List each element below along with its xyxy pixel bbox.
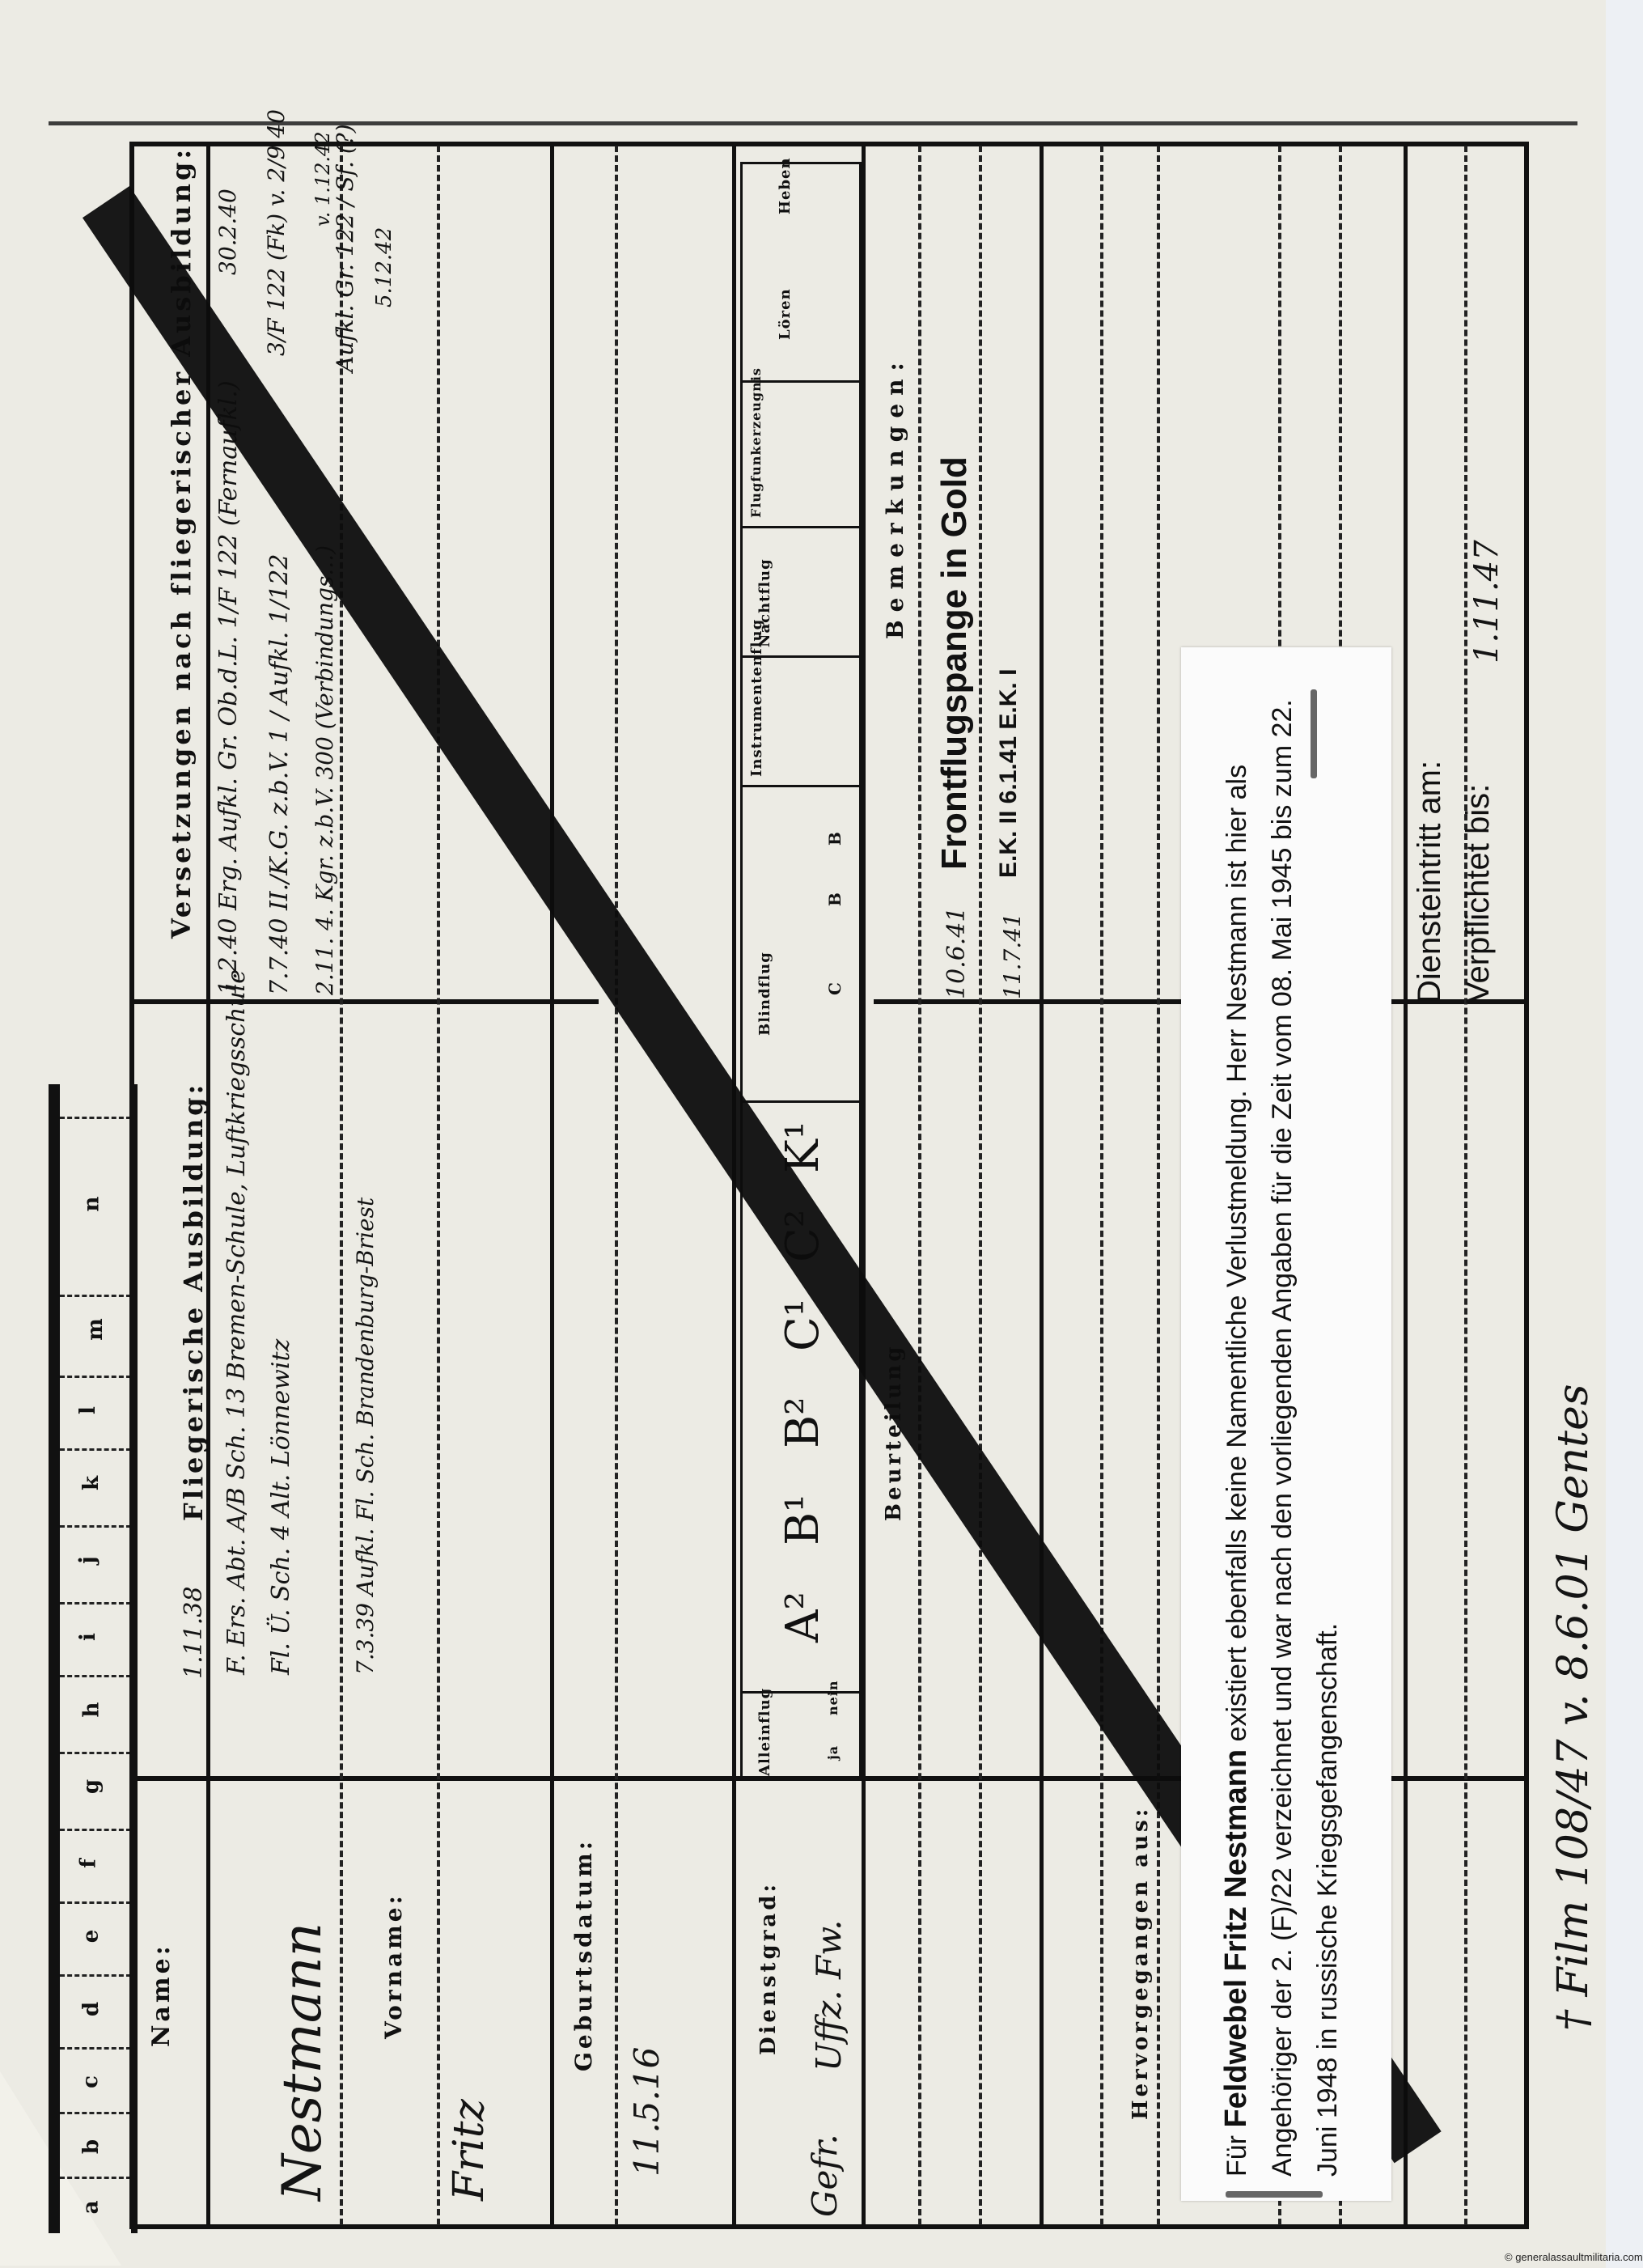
versetzungen-line: 3/F 122 (Fk) v. 2/9 40 <box>263 109 290 356</box>
tab-j: j <box>60 1525 131 1602</box>
rule <box>740 785 862 787</box>
tab-h: h <box>60 1675 131 1752</box>
watermark: © generalassaultmilitaria.com <box>1505 2251 1643 2263</box>
tab-k: k <box>60 1448 131 1525</box>
margin-note: † Film 108/47 v. 8.6.01 Gentes <box>1549 1384 1598 2031</box>
license-b2: B² <box>777 1397 829 1448</box>
tab-n: n <box>60 1117 131 1295</box>
header-nachtflug: Nachtflug <box>756 558 773 647</box>
dienstgrad-label: Dienstgrad: <box>756 1881 781 2055</box>
rule-dashed <box>1100 146 1103 2225</box>
staple-icon <box>1226 2191 1323 2198</box>
nein-label: nein <box>825 1680 841 1715</box>
verpflichtet-label: Verpflichtet bis: <box>1460 784 1497 1003</box>
tab-a: a <box>60 2177 131 2233</box>
bemerkung-text: E.K. II 6.1.41 E.K. I <box>995 669 1023 878</box>
bemerkungen-label: Bemerkungen: <box>882 354 908 639</box>
tab-g: g <box>60 1752 131 1829</box>
header-alleinflug: Alleinflug <box>756 1688 773 1776</box>
versetzungen-line: 30.2.40 <box>214 189 241 275</box>
header-blindflug: Blindflug <box>756 952 773 1036</box>
index-tab-strip: a b c d e f g h i j k l m n <box>49 1084 138 2233</box>
ausbildung-label: Fliegerische Ausbildung: <box>178 1082 209 1521</box>
dienstgrad-value-1: Gefr. <box>805 2134 845 2217</box>
bemerkung-date: 10.6.41 <box>942 906 971 999</box>
header-flugfunk: Flugfunkerzeugnis <box>748 367 764 518</box>
versetzungen-line: Aufkl. Gr. 122 / Sf. (?) <box>332 124 358 372</box>
versetzungen-line: 5.12.42 <box>372 227 396 307</box>
pasted-note-strip: Für Feldwebel Fritz Nestmann existiert e… <box>1181 647 1391 2201</box>
blindflug-b1: B <box>825 889 845 906</box>
rule <box>550 142 554 2229</box>
license-b1: B¹ <box>777 1494 829 1545</box>
vorname-label: Vorname: <box>380 1893 407 2039</box>
rule-dashed <box>340 146 343 2225</box>
rule-dashed <box>979 146 982 2225</box>
vorname-value: Fritz <box>445 2099 493 2201</box>
note-name: Fritz Nestmann <box>1219 1749 1253 1971</box>
ja-label: ja <box>825 1745 841 1760</box>
rule-dashed <box>1464 146 1467 2225</box>
blindflug-b2: B <box>825 829 845 846</box>
divider-ausbildung <box>129 999 599 1004</box>
versetzungen-line: 1.2.40 Erg. Aufkl. Gr. Ob.d.L. 1/F 122 (… <box>214 380 243 995</box>
ausbildung-line: F. Ers. Abt. A/B Sch. 13 Bremen-Schule, … <box>222 969 251 1675</box>
versetzungen-line: 7.7.40 II./K.G. z.b.V. 1 / Aufkl. 1/122 <box>265 554 294 995</box>
geburtsdatum-label: Geburtsdatum: <box>570 1838 597 2071</box>
rule <box>740 526 862 528</box>
tab-m: m <box>60 1295 131 1376</box>
rule-dashed <box>615 146 618 2225</box>
note-rank: Feldwebel <box>1219 1979 1253 2128</box>
tab-l: l <box>60 1376 131 1448</box>
diensteintritt-label: Diensteintritt am: <box>1412 761 1448 1003</box>
ausbildung-date: 1.11.38 <box>180 1586 208 1679</box>
rule-dashed <box>918 146 921 2225</box>
rule-dashed <box>437 146 440 2225</box>
ausbildung-line: 7.3.39 Aufkl. Fl. Sch. Brandenburg-Bries… <box>352 1198 379 1675</box>
tab-i: i <box>60 1602 131 1675</box>
bemerkung-date: 11.7.41 <box>999 913 1026 999</box>
tab-e: e <box>60 1901 131 1974</box>
header-loeren: Lören <box>777 288 794 340</box>
tab-d: d <box>60 1974 131 2047</box>
blindflug-c: C <box>825 979 845 995</box>
verpflichtet-value: 1.11.47 <box>1468 540 1505 663</box>
rule <box>740 1100 862 1103</box>
name-value: Nestmann <box>271 1923 333 2201</box>
header-heben: Heben <box>777 157 794 214</box>
rule <box>1404 142 1408 2229</box>
versetzungen-line: v. 1.12.42 <box>311 131 334 227</box>
scanned-document: a b c d e f g h i j k l m n Name: Nestma <box>0 0 1606 2268</box>
geburtsdatum-value: 11.5.16 <box>627 2047 667 2177</box>
scanner-margin <box>1606 0 1643 2268</box>
tab-f: f <box>60 1829 131 1901</box>
note-text: Für Feldwebel Fritz Nestmann existiert e… <box>1213 672 1350 2177</box>
hervorgegangen-label: Hervorgegangen aus: <box>1129 1806 1153 2120</box>
tab-b: b <box>60 2112 131 2177</box>
name-label: Name: <box>147 1943 176 2047</box>
rule <box>862 142 866 2229</box>
ausbildung-line: Fl. Ü. Sch. 4 Alt. Lönnewitz <box>267 1339 295 1675</box>
bemerkung-text: Frontflugspange in Gold <box>934 456 975 870</box>
rule <box>1040 142 1044 2229</box>
dienstgrad-value-2: Uffz. Fw. <box>809 1920 849 2071</box>
license-a2: A² <box>777 1592 829 1643</box>
tab-c: c <box>60 2047 131 2112</box>
versetzungen-line: 2.11. 4. Kgr. z.b.V. 300 (Verbindungs...… <box>311 545 338 995</box>
rule-dashed <box>1157 146 1160 2225</box>
